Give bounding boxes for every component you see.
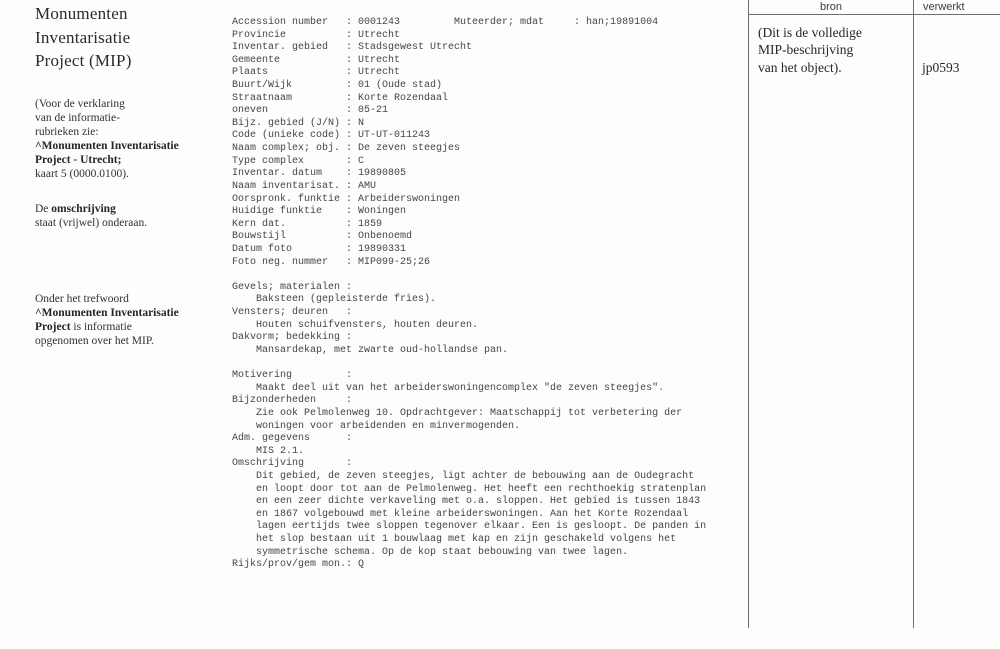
record-field-line: Gemeente : Utrecht (232, 55, 732, 68)
note-line: van de informatie- (35, 111, 230, 125)
record-text-line: Dit gebied, de zeven steegjes, ligt acht… (232, 471, 732, 484)
record-field-line: Plaats : Utrecht (232, 67, 732, 80)
record-text-line: Baksteen (gepleisterde fries). (232, 294, 732, 307)
record-field-line: Vensters; deuren : (232, 307, 732, 320)
record-field-line: Bouwstijl : Onbenoemd (232, 231, 732, 244)
mip-record: Accession number : 0001243 Muteerder; md… (232, 17, 732, 572)
record-text-line: het slop bestaan uit 1 bouwlaag met kap … (232, 534, 732, 547)
page-title-line: Project (MIP) (35, 51, 132, 70)
record-field-line: Provincie : Utrecht (232, 30, 732, 43)
record-field-line: oneven : 05-21 (232, 105, 732, 118)
page-title: Monumenten Inventarisatie Project (MIP) (35, 2, 225, 73)
record-field-line: Datum foto : 19890331 (232, 244, 732, 257)
record-text-line: Zie ook Pelmolenweg 10. Opdrachtgever: M… (232, 408, 732, 421)
note-line: staat (vrijwel) onderaan. (35, 216, 230, 230)
record-field-line: Oorspronk. funktie : Arbeiderswoningen (232, 194, 732, 207)
note-text: De (35, 203, 51, 215)
record-field-line: Inventar. datum : 19890805 (232, 168, 732, 181)
note-text: Project (35, 321, 71, 333)
record-field-line: Naam complex; obj. : De zeven steegjes (232, 143, 732, 156)
bron-column-header: bron (749, 1, 913, 13)
bron-verwerkt-divider-rule (913, 0, 914, 628)
bron-note-line: van het object). (758, 60, 842, 75)
record-text-line: lagen eertijds twee sloppen tegenover el… (232, 521, 732, 534)
bron-note: (Dit is de volledige MIP-beschrijving va… (758, 24, 908, 76)
bron-column-left-rule (748, 0, 749, 628)
sidebar-note-reference: (Voor de verklaringvan de informatie-rub… (35, 97, 230, 181)
verwerkt-value: jp0593 (922, 60, 960, 76)
record-field-line: Kern dat. : 1859 (232, 219, 732, 232)
note-line: (Voor de verklaring (35, 97, 230, 111)
record-field-line: Motivering : (232, 370, 732, 383)
record-field-line: Rijks/prov/gem mon.: Q (232, 559, 732, 572)
record-field-line: Naam inventarisat. : AMU (232, 181, 732, 194)
bron-note-line: (Dit is de volledige (758, 25, 862, 40)
note-line: rubrieken zie: (35, 125, 230, 139)
note-text: is informatie (71, 321, 132, 333)
bron-note-line: MIP-beschrijving (758, 42, 853, 57)
note-line: Project - Utrecht; (35, 153, 230, 167)
note-text: ^Monumenten Inventarisatie (35, 307, 179, 319)
record-field-line: Code (unieke code) : UT-UT-011243 (232, 130, 732, 143)
note-text: Project - Utrecht; (35, 154, 121, 166)
note-text: ^Monumenten Inventarisatie (35, 140, 179, 152)
record-field-line: Buurt/Wijk : 01 (Oude stad) (232, 80, 732, 93)
record-field-line: Dakvorm; bedekking : (232, 332, 732, 345)
sidebar-note-trefwoord: Onder het trefwoord^Monumenten Inventari… (35, 292, 230, 348)
record-text-line: Houten schuifvensters, houten deuren. (232, 320, 732, 333)
record-field-line: Huidige funktie : Woningen (232, 206, 732, 219)
record-field-line: Bijz. gebied (J/N) : N (232, 118, 732, 131)
record-field-line: Adm. gegevens : (232, 433, 732, 446)
note-line: Onder het trefwoord (35, 292, 230, 306)
note-text: staat (vrijwel) onderaan. (35, 217, 147, 229)
note-text: rubrieken zie: (35, 126, 99, 138)
page-title-line: Inventarisatie (35, 28, 130, 47)
note-text: van de informatie- (35, 112, 120, 124)
record-text-line: en een zeer dichte verkaveling met o.a. … (232, 496, 732, 509)
note-line: Project is informatie (35, 320, 230, 334)
page-title-line: Monumenten (35, 4, 128, 23)
record-text-line: symmetrische schema. Op de kop staat beb… (232, 547, 732, 560)
note-text: (Voor de verklaring (35, 98, 125, 110)
sidebar-note-omschrijving: De omschrijvingstaat (vrijwel) onderaan. (35, 202, 230, 230)
record-field-line: Straatnaam : Korte Rozendaal (232, 93, 732, 106)
record-field-line: Foto neg. nummer : MIP099-25;26 (232, 257, 732, 270)
note-line: opgenomen over het MIP. (35, 334, 230, 348)
record-text-line: MIS 2.1. (232, 446, 732, 459)
record-text-line: en 1867 volgebouwd met kleine arbeidersw… (232, 509, 732, 522)
note-text: kaart 5 (0000.0100). (35, 168, 129, 180)
record-text-line: Maakt deel uit van het arbeiderswoningen… (232, 383, 732, 396)
record-text-line: Mansardekap, met zwarte oud-hollandse pa… (232, 345, 732, 358)
note-line: ^Monumenten Inventarisatie (35, 306, 230, 320)
record-field-line: Bijzonderheden : (232, 395, 732, 408)
record-field-line: Inventar. gebied : Stadsgewest Utrecht (232, 42, 732, 55)
record-blank-line (232, 357, 732, 370)
note-text: Onder het trefwoord (35, 293, 129, 305)
record-text-line: en loopt door tot aan de Pelmolenweg. He… (232, 484, 732, 497)
column-header-underline (748, 14, 1000, 15)
note-text: omschrijving (51, 203, 116, 215)
record-field-line: Gevels; materialen : (232, 282, 732, 295)
record-text-line: woningen voor arbeidenden en minvermogen… (232, 421, 732, 434)
record-field-line: Type complex : C (232, 156, 732, 169)
note-line: De omschrijving (35, 202, 230, 216)
record-field-line: Accession number : 0001243 Muteerder; md… (232, 17, 732, 30)
note-text: opgenomen over het MIP. (35, 335, 154, 347)
record-field-line: Omschrijving : (232, 458, 732, 471)
record-blank-line (232, 269, 732, 282)
verwerkt-column-header: verwerkt (923, 1, 965, 13)
note-line: ^Monumenten Inventarisatie (35, 139, 230, 153)
note-line: kaart 5 (0000.0100). (35, 167, 230, 181)
